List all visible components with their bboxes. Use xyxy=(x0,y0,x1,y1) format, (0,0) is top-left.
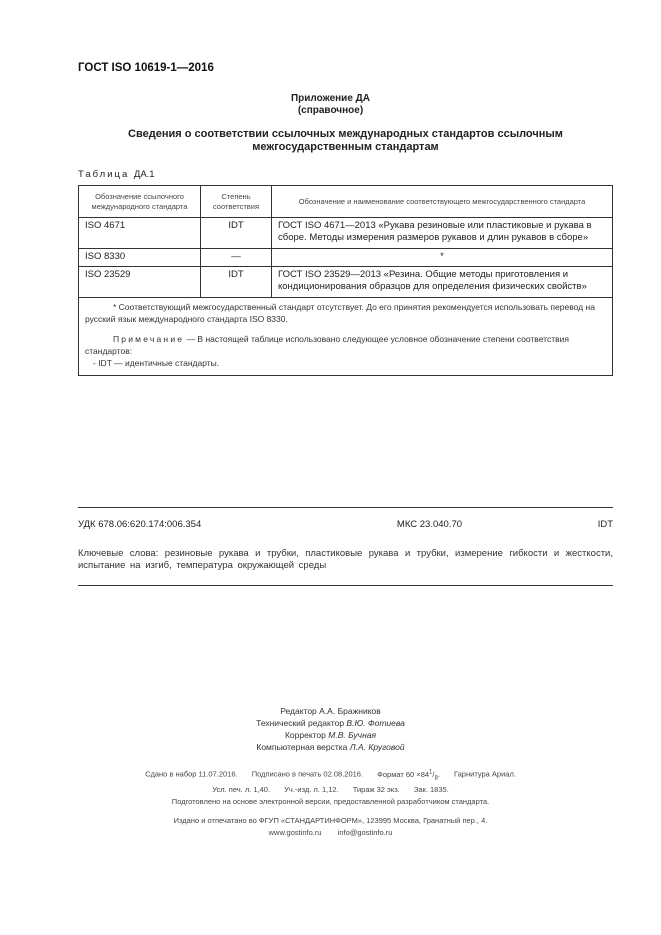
imprint-submitted: Сдано в набор 11.07.2016. xyxy=(145,770,238,779)
imprint-pub-sheets: Уч.-изд. л. 1,12. xyxy=(284,785,339,794)
credits-block: Редактор А.А. Бражников Технический реда… xyxy=(0,705,661,753)
table-label: Таблица ДА.1 xyxy=(78,169,155,180)
national-standard-cell: * xyxy=(272,249,613,267)
udk-code: УДК 678.06:620.174:006.354 xyxy=(78,519,201,530)
intl-standard-cell: ISO 4671 xyxy=(79,218,201,249)
divider-top xyxy=(78,507,613,508)
imprint-order: Зак. 1835. xyxy=(414,785,449,794)
credit-role: Технический редактор xyxy=(256,718,346,728)
credit-editor: Редактор А.А. Бражников xyxy=(0,705,661,717)
table-note: Примечание — В настоящей таблице использ… xyxy=(85,333,606,357)
table-header-row: Обозначение ссылочного международного ст… xyxy=(79,186,613,218)
appendix-heading: Сведения о соответствии ссылочных междун… xyxy=(78,128,613,154)
table-row: ISO 8330 — * xyxy=(79,249,613,267)
keywords: Ключевые слова: резиновые рукава и трубк… xyxy=(78,548,613,572)
degree-cell: IDT xyxy=(201,267,272,298)
table-label-word: Таблица xyxy=(78,169,129,180)
intl-standard-cell: ISO 8330 xyxy=(79,249,201,267)
mks-code: МКС 23.040.70 xyxy=(397,519,462,530)
classification-row: УДК 678.06:620.174:006.354 МКС 23.040.70… xyxy=(78,519,613,530)
imprint-line-1: Сдано в набор 11.07.2016. Подписано в пе… xyxy=(0,766,661,784)
imprint-signed: Подписано в печать 02.08.2016. xyxy=(252,770,363,779)
imprint-prepared: Подготовлено на основе электронной верси… xyxy=(0,796,661,808)
credit-name: А.А. Бражников xyxy=(319,706,381,716)
national-standard-cell: ГОСТ ISO 23529—2013 «Резина. Общие метод… xyxy=(272,267,613,298)
divider-bottom xyxy=(78,585,613,586)
credit-tech-editor: Технический редактор В.Ю. Фотиева xyxy=(0,717,661,729)
column-header-intl-standard: Обозначение ссылочного международного ст… xyxy=(79,186,201,218)
table-notes-row: * Соответствующий межгосударственный ста… xyxy=(79,298,613,376)
column-header-degree: Степень соответствия xyxy=(201,186,272,218)
credit-name: М.В. Бучная xyxy=(328,730,376,740)
table-footnote: * Соответствующий межгосударственный ста… xyxy=(85,301,606,325)
column-header-national-standard: Обозначение и наименование соответствующ… xyxy=(272,186,613,218)
imprint-circulation: Тираж 32 экз. xyxy=(353,785,400,794)
credit-proofreader: Корректор М.В. Бучная xyxy=(0,729,661,741)
publisher-email[interactable]: info@gostinfo.ru xyxy=(338,828,393,837)
table-notes: * Соответствующий межгосударственный ста… xyxy=(79,298,613,376)
appendix-title: Приложение ДА xyxy=(0,93,661,104)
format-sub: 8 xyxy=(434,775,437,781)
imprint-block: Сдано в набор 11.07.2016. Подписано в пе… xyxy=(0,766,661,808)
national-standard-cell: ГОСТ ISO 4671—2013 «Рукава резиновые или… xyxy=(272,218,613,249)
credit-role: Корректор xyxy=(285,730,328,740)
degree-code: IDT xyxy=(598,519,613,530)
appendix-subtitle: (справочное) xyxy=(0,105,661,116)
format-prefix: Формат 60 ×84 xyxy=(377,770,429,779)
note-label: Примечание xyxy=(113,334,184,344)
intl-standard-cell: ISO 23529 xyxy=(79,267,201,298)
standard-code: ГОСТ ISO 10619-1—2016 xyxy=(78,62,214,74)
imprint-typeface: Гарнитура Ариал. xyxy=(454,770,516,779)
format-sup: 1 xyxy=(429,769,432,775)
imprint-format: Формат 60 ×841/8. xyxy=(377,770,440,779)
imprint-line-2: Усл. печ. л. 1,40. Уч.-изд. л. 1,12. Тир… xyxy=(0,784,661,796)
degree-cell: — xyxy=(201,249,272,267)
credit-role: Компьютерная верстка xyxy=(256,742,349,752)
credit-role: Редактор xyxy=(280,706,319,716)
publisher-website[interactable]: www.gostinfo.ru xyxy=(269,828,322,837)
degree-cell: IDT xyxy=(201,218,272,249)
credit-layout: Компьютерная верстка Л.А. Круговой xyxy=(0,741,661,753)
credit-name: В.Ю. Фотиева xyxy=(346,718,404,728)
publisher-contacts: www.gostinfo.ru info@gostinfo.ru xyxy=(0,827,661,839)
publisher-block: Издано и отпечатано во ФГУП «СТАНДАРТИНФ… xyxy=(0,815,661,839)
imprint-print-sheets: Усл. печ. л. 1,40. xyxy=(212,785,270,794)
publisher-address: Издано и отпечатано во ФГУП «СТАНДАРТИНФ… xyxy=(0,815,661,827)
reference-table: Обозначение ссылочного международного ст… xyxy=(78,185,613,376)
table-label-number: ДА.1 xyxy=(134,169,155,180)
credit-name: Л.А. Круговой xyxy=(350,742,405,752)
table-row: ISO 4671 IDT ГОСТ ISO 4671—2013 «Рукава … xyxy=(79,218,613,249)
table-row: ISO 23529 IDT ГОСТ ISO 23529—2013 «Резин… xyxy=(79,267,613,298)
note-item: - IDT — идентичные стандарты. xyxy=(85,357,606,369)
